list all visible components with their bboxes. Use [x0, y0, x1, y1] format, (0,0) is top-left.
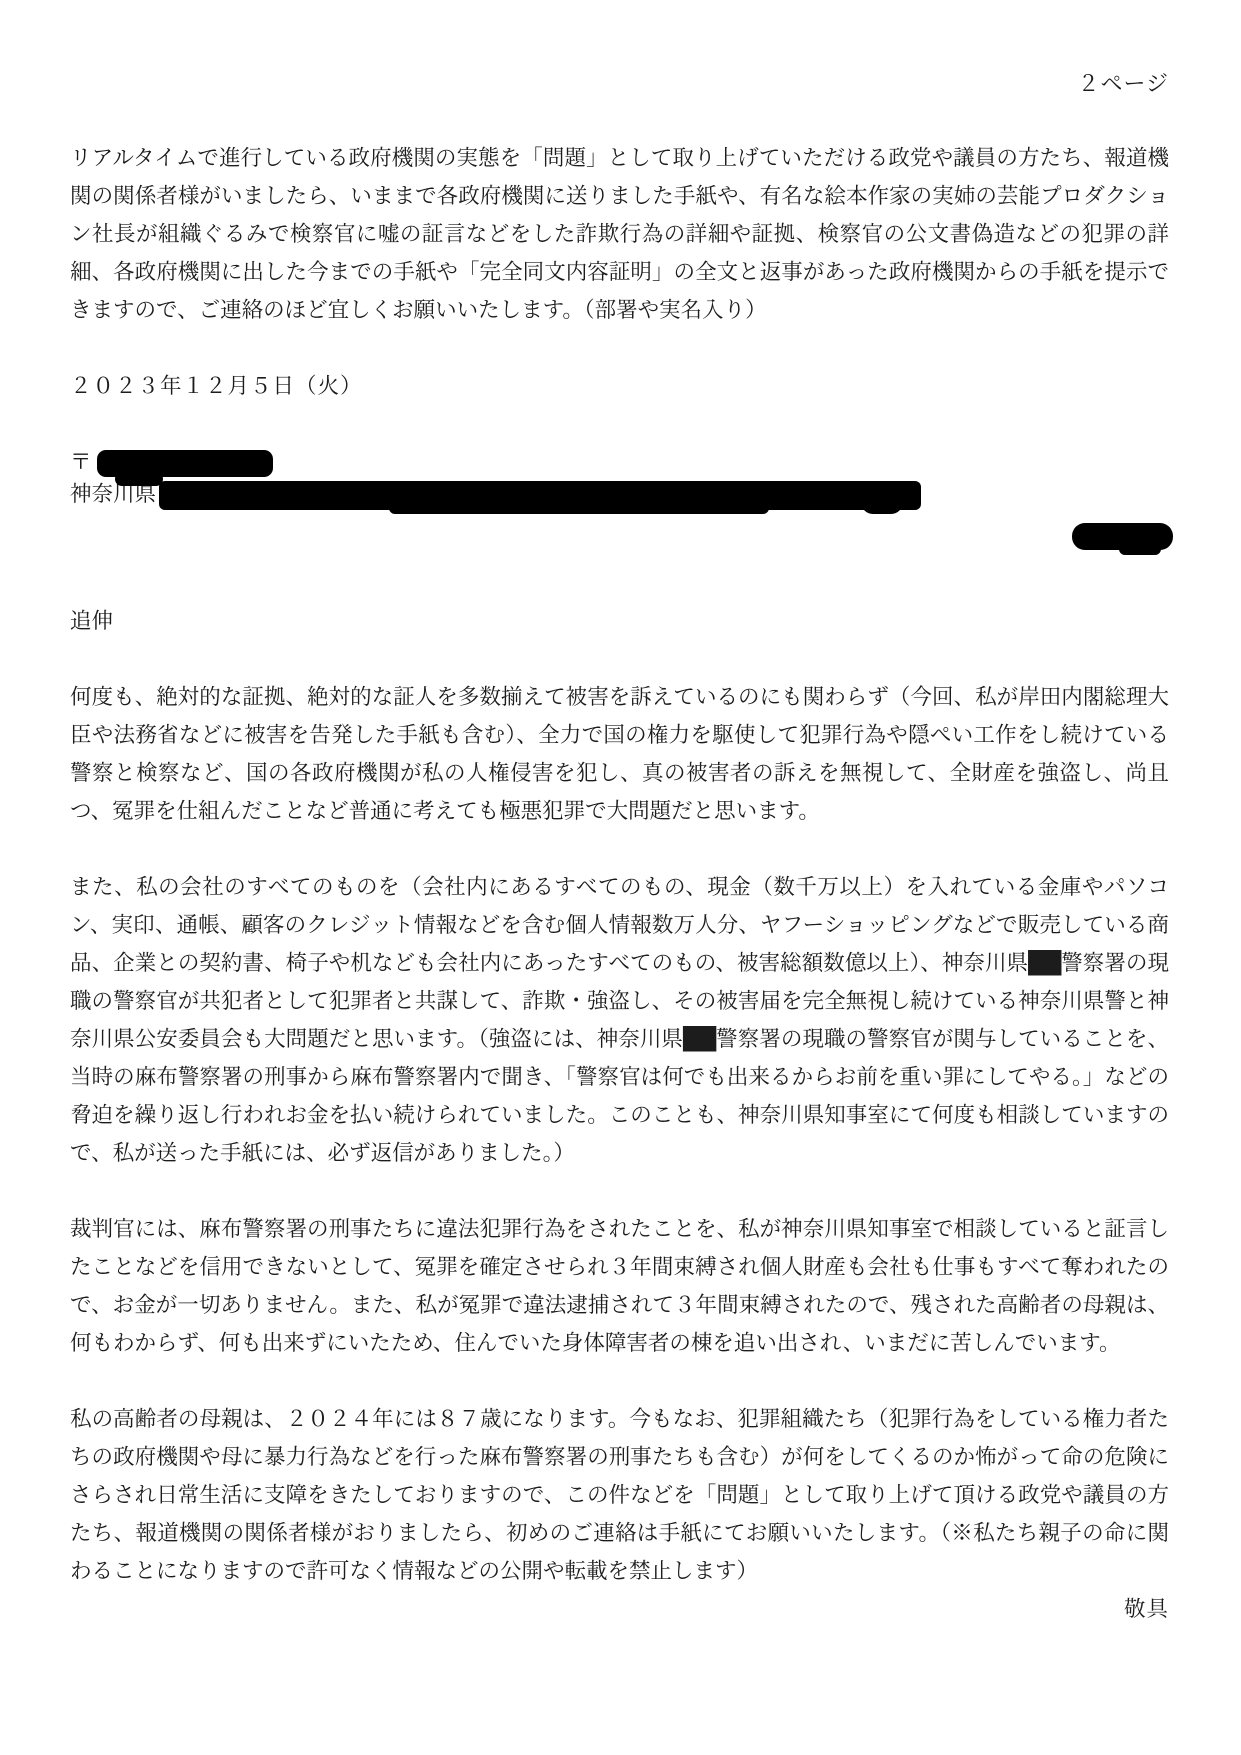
intro-paragraph: リアルタイムで進行している政府機関の実態を「問題」として取り上げていただける政党… — [70, 140, 1169, 330]
redaction-postal-code — [97, 450, 273, 477]
address-line: 神奈川県 — [70, 480, 1169, 510]
postscript-paragraph-1: 何度も、絶対的な証拠、絶対的な証人を多数揃えて被害を訴えているのにも関わらず（今… — [70, 679, 1169, 831]
postscript-paragraph-4: 私の高齢者の母親は、２０２４年には８７歳になります。今もなお、犯罪組織たち（犯罪… — [70, 1401, 1169, 1591]
sender-name-line — [70, 523, 1169, 551]
redaction-street-address — [159, 481, 921, 510]
postal-mark: 〒 — [70, 448, 92, 478]
date-line: ２０２３年１２月５日（火） — [70, 368, 1169, 406]
postscript-paragraph-2: また、私の会社のすべてのものを（会社内にあるすべてのもの、現金（数千万以上）を入… — [70, 869, 1169, 1173]
sender-address-block: 〒 神奈川県 — [70, 448, 1169, 551]
letter-page: ２ページ リアルタイムで進行している政府機関の実態を「問題」として取り上げていた… — [0, 0, 1241, 1755]
redaction-sender-name — [1072, 523, 1173, 550]
page-number: ２ページ — [70, 70, 1169, 100]
postscript-label: 追伸 — [70, 603, 1169, 641]
postscript-paragraph-3: 裁判官には、麻布警察署の刑事たちに違法犯罪行為をされたことを、私が神奈川県知事室… — [70, 1211, 1169, 1363]
postal-code-line: 〒 — [70, 448, 1169, 478]
closing-keigu: 敬具 — [70, 1591, 1169, 1629]
